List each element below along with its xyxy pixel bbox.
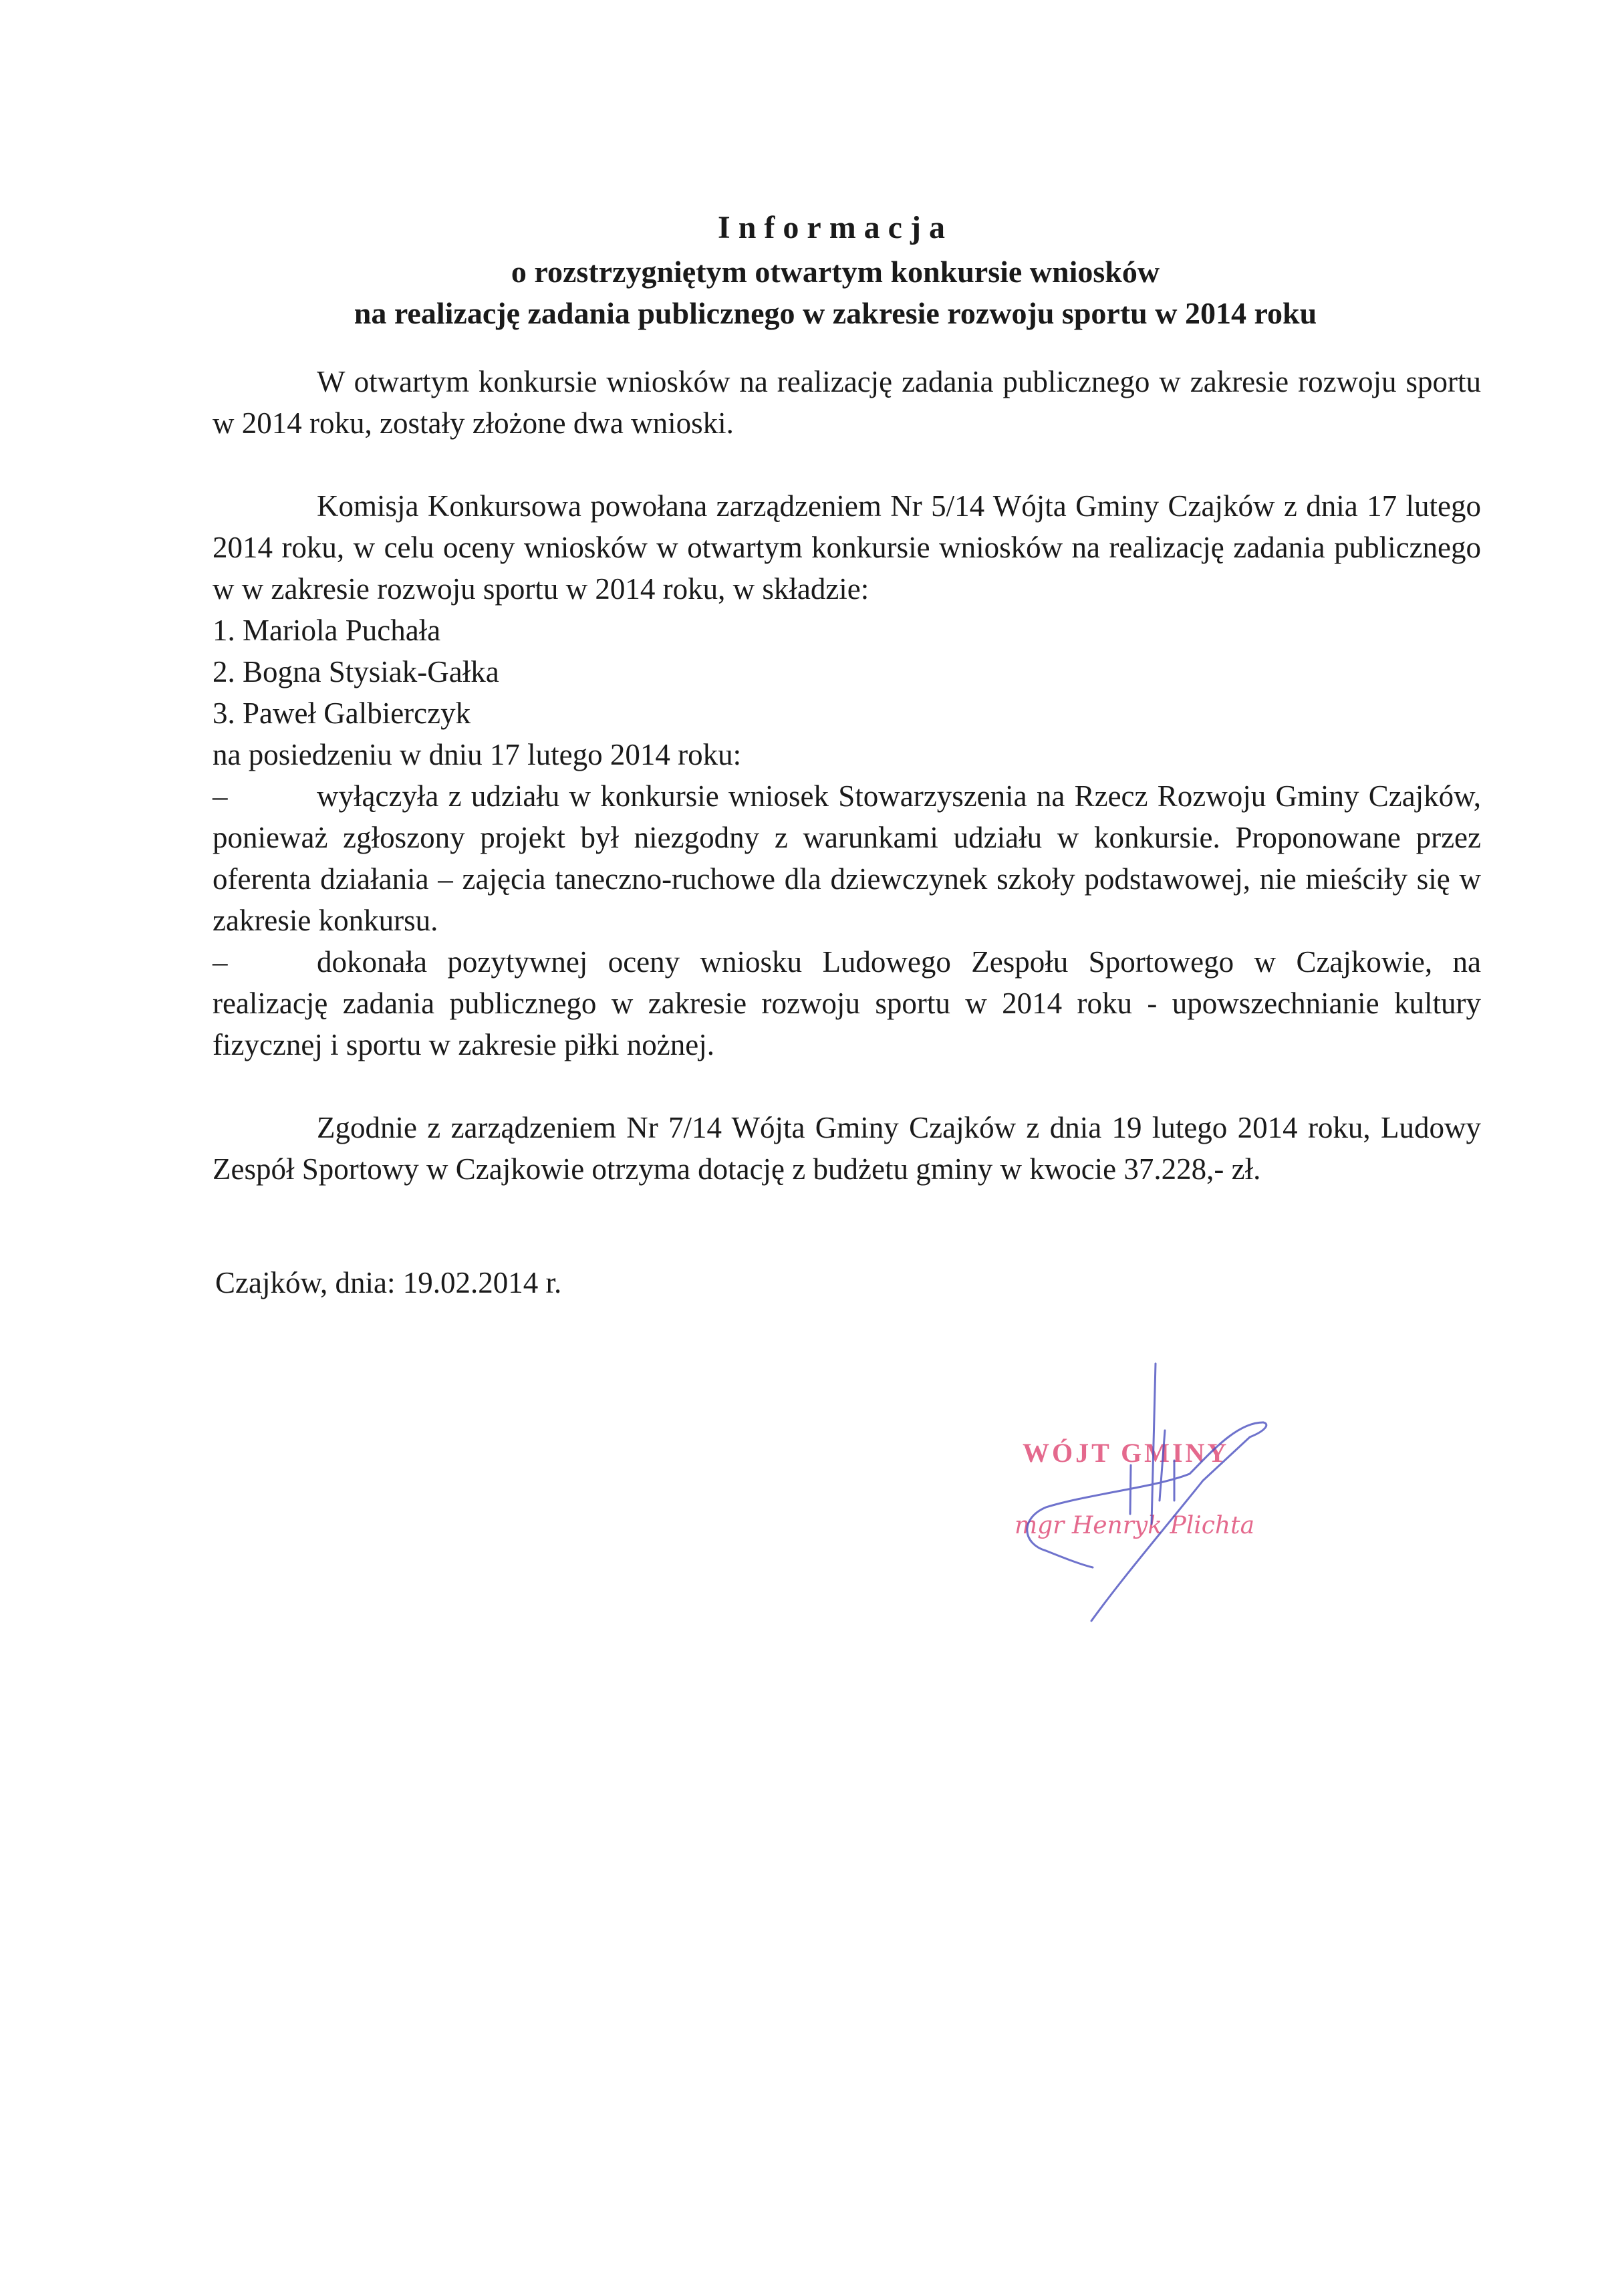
grant-paragraph: Zgodnie z zarządzeniem Nr 7/14 Wójta Gmi… bbox=[213, 1107, 1481, 1190]
decision-text: dokonała pozytywnej oceny wniosku Ludowe… bbox=[213, 945, 1481, 1061]
decision-item: –wyłączyła z udziału w konkursie wniosek… bbox=[213, 775, 1481, 941]
document-subtitle-line-1: o rozstrzygniętym otwartym konkursie wni… bbox=[200, 251, 1470, 293]
decision-item: –dokonała pozytywnej oceny wniosku Ludow… bbox=[213, 941, 1481, 1065]
document-subtitle-line-2: na realizację zadania publicznego w zakr… bbox=[200, 293, 1470, 334]
place-and-date: Czajków, dnia: 19.02.2014 r. bbox=[215, 1262, 561, 1303]
document-page: Informacja o rozstrzygniętym otwartym ko… bbox=[0, 0, 1610, 2296]
committee-member: 1. Mariola Puchała bbox=[213, 610, 1481, 651]
spacer bbox=[213, 444, 1481, 485]
document-body: W otwartym konkursie wniosków na realiza… bbox=[213, 361, 1481, 1190]
document-header: Informacja o rozstrzygniętym otwartym ko… bbox=[200, 209, 1470, 334]
document-title: Informacja bbox=[200, 209, 1470, 247]
intro-paragraph: W otwartym konkursie wniosków na realiza… bbox=[213, 361, 1481, 444]
official-stamp: WÓJT GMINY mgr Henryk Plichta bbox=[969, 1337, 1337, 1638]
dash-bullet: – bbox=[213, 775, 317, 817]
committee-paragraph: Komisja Konkursowa powołana zarządzeniem… bbox=[213, 485, 1481, 610]
committee-member: 2. Bogna Stysiak-Gałka bbox=[213, 651, 1481, 692]
handwritten-signature-icon bbox=[969, 1337, 1337, 1638]
committee-member: 3. Paweł Galbierczyk bbox=[213, 692, 1481, 734]
meeting-line: na posiedzeniu w dniu 17 lutego 2014 rok… bbox=[213, 734, 1481, 775]
dash-bullet: – bbox=[213, 941, 317, 983]
decision-text: wyłączyła z udziału w konkursie wniosek … bbox=[213, 779, 1481, 937]
spacer bbox=[213, 1065, 1481, 1107]
